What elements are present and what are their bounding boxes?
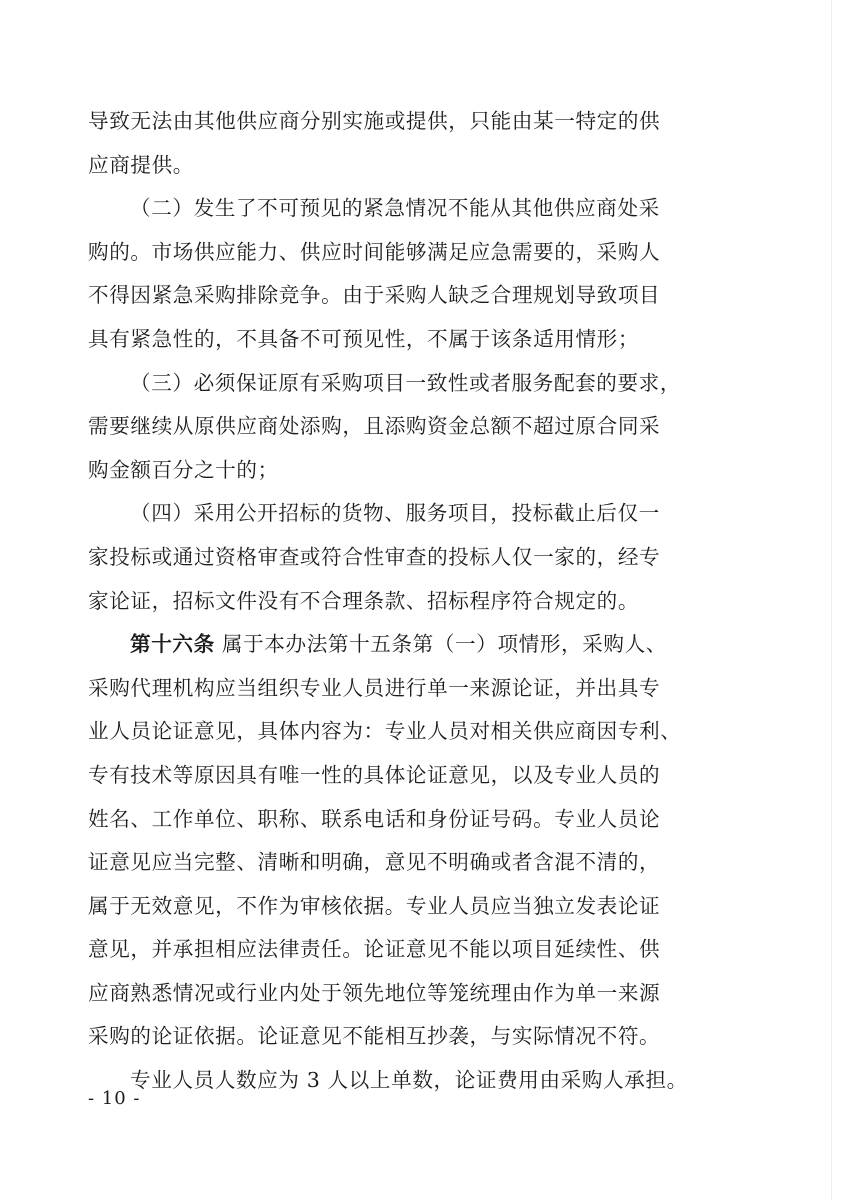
text-line: 属于无效意见，不作为审核依据。专业人员应当独立发表论证	[88, 885, 728, 929]
text-line: 购的。市场供应能力、供应时间能够满足应急需要的，采购人	[88, 231, 728, 275]
clause-item-3: （三）必须保证原有采购项目一致性或者服务配套的要求，	[88, 362, 728, 406]
text-line: 姓名、工作单位、职称、联系电话和身份证号码。专业人员论	[88, 798, 728, 842]
article-16-text: 属于本办法第十五条第（一）项情形，采购人、	[215, 632, 667, 656]
clause-item-4: （四）采用公开招标的货物、服务项目，投标截止后仅一	[88, 492, 728, 536]
text-line: 导致无法由其他供应商分别实施或提供，只能由某一特定的供	[88, 100, 728, 144]
text-line: 业人员论证意见，具体内容为：专业人员对相关供应商因专利、	[88, 710, 728, 754]
article-16-heading-line: 第十六条 属于本办法第十五条第（一）项情形，采购人、	[88, 623, 728, 667]
text-line: 具有紧急性的，不具备不可预见性，不属于该条适用情形；	[88, 318, 728, 362]
article-16-title: 第十六条	[130, 632, 215, 656]
text-line: 应商熟悉情况或行业内处于领先地位等笼统理由作为单一来源	[88, 972, 728, 1016]
scan-edge-artifact	[831, 0, 832, 1200]
text-line: 需要继续从原供应商处添购，且添购资金总额不超过原合同采	[88, 405, 728, 449]
text-line: 不得因紧急采购排除竞争。由于采购人缺乏合理规划导致项目	[88, 274, 728, 318]
page-number: - 10 -	[88, 1088, 141, 1109]
document-page-body: 导致无法由其他供应商分别实施或提供，只能由某一特定的供 应商提供。 （二）发生了…	[88, 100, 728, 1103]
paragraph-expert-count: 专业人员人数应为 3 人以上单数，论证费用由采购人承担。	[88, 1059, 728, 1103]
text-line: 专有技术等原因具有唯一性的具体论证意见，以及专业人员的	[88, 754, 728, 798]
text-line: 家论证，招标文件没有不合理条款、招标程序符合规定的。	[88, 580, 728, 624]
text-line: 家投标或通过资格审查或符合性审查的投标人仅一家的，经专	[88, 536, 728, 580]
text-line: 购金额百分之十的；	[88, 449, 728, 493]
text-line: 意见，并承担相应法律责任。论证意见不能以项目延续性、供	[88, 928, 728, 972]
clause-item-2: （二）发生了不可预见的紧急情况不能从其他供应商处采	[88, 187, 728, 231]
text-line: 应商提供。	[88, 144, 728, 188]
text-line: 采购的论证依据。论证意见不能相互抄袭，与实际情况不符。	[88, 1015, 728, 1059]
text-line: 证意见应当完整、清晰和明确，意见不明确或者含混不清的，	[88, 841, 728, 885]
text-line: 采购代理机构应当组织专业人员进行单一来源论证，并出具专	[88, 667, 728, 711]
